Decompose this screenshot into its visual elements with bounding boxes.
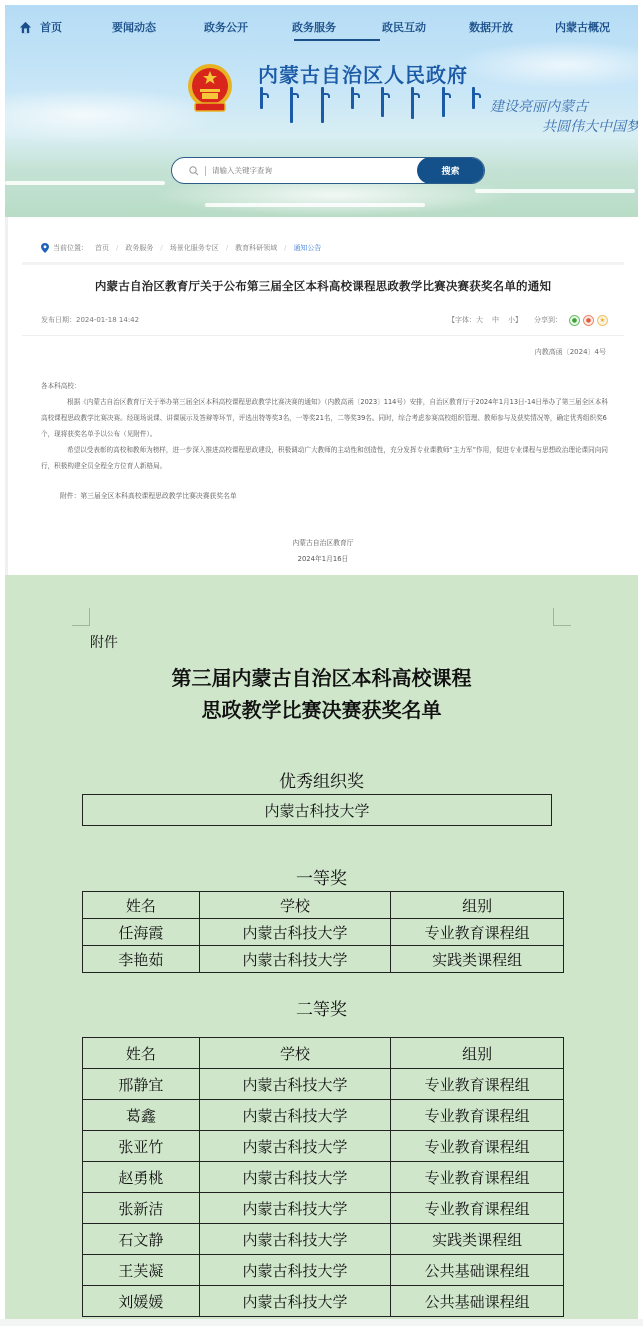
cell-group: 专业教育课程组 (391, 1100, 564, 1131)
national-emblem-icon (187, 63, 233, 115)
table-row: 邢静宜 内蒙古科技大学 专业教育课程组 (83, 1069, 564, 1100)
cell-name: 张新洁 (83, 1193, 200, 1224)
search-divider (205, 166, 206, 176)
mongolian-script-title (260, 87, 475, 125)
cell-school: 内蒙古科技大学 (199, 1255, 391, 1286)
page: 首页 要闻动态 政务公开 政务服务 政民互动 数据开放 内蒙古概况 内蒙古自治区… (0, 0, 643, 1326)
divider (22, 335, 624, 336)
table-row: 张新洁 内蒙古科技大学 专业教育课程组 (83, 1193, 564, 1224)
column-header-school: 学校 (199, 892, 391, 919)
column-header-group: 组别 (391, 892, 564, 919)
font-size-large[interactable]: 大 (476, 315, 483, 325)
page-corner-mark (553, 608, 571, 626)
breadcrumb-home[interactable]: 首页 (95, 243, 109, 253)
weibo-icon[interactable]: ● (583, 315, 594, 326)
cell-group: 实践类课程组 (391, 1224, 564, 1255)
nav-item-services[interactable]: 政务服务 (292, 5, 382, 49)
page-footer-edge (0, 1319, 643, 1326)
cell-name: 任海霞 (83, 919, 200, 946)
table-header-row: 姓名 学校 组别 (83, 1038, 564, 1069)
location-pin-icon (41, 243, 49, 253)
decor-streak (205, 203, 425, 207)
cell-group: 专业教育课程组 (391, 1069, 564, 1100)
first-prize-table: 姓名 学校 组别 任海霞 内蒙古科技大学 专业教育课程组 李艳茹 内蒙古科技大学… (82, 891, 564, 973)
attachment-label: 附件 (90, 632, 118, 652)
first-prize-heading: 一等奖 (5, 864, 638, 889)
article-panel: 当前位置： 首页 / 政务服务 / 场景化服务专区 / 教育科研领域 / 通知公… (5, 217, 638, 575)
signature-date: 2024年1月16日 (8, 551, 638, 567)
column-header-group: 组别 (391, 1038, 564, 1069)
paragraph: 根据《内蒙古自治区教育厅关于举办第三届全区本科高校课程思政教学比赛决赛的通知》（… (41, 394, 608, 442)
nav-item-overview[interactable]: 内蒙古概况 (555, 5, 610, 49)
column-header-name: 姓名 (83, 892, 200, 919)
cell-name: 石文静 (83, 1224, 200, 1255)
cell-group: 专业教育课程组 (391, 1193, 564, 1224)
second-prize-heading: 二等奖 (5, 995, 638, 1020)
attachment-document-image: 附件 第三届内蒙古自治区本科高校课程 思政教学比赛决赛获奖名单 优秀组织奖 内蒙… (5, 575, 638, 1319)
divider (22, 262, 624, 265)
breadcrumb-education[interactable]: 教育科研领域 (235, 243, 277, 253)
breadcrumb-prefix: 当前位置： (53, 243, 88, 253)
font-size-bracket: 】 (515, 315, 522, 325)
main-nav: 首页 要闻动态 政务公开 政务服务 政民互动 数据开放 内蒙古概况 (5, 5, 638, 49)
publish-date: 发布日期：2024-01-18 14:42 (41, 315, 139, 325)
cell-group: 实践类课程组 (391, 946, 564, 973)
signature-org: 内蒙古自治区教育厅 (8, 535, 638, 551)
header-banner: 首页 要闻动态 政务公开 政务服务 政民互动 数据开放 内蒙古概况 内蒙古自治区… (5, 5, 638, 217)
breadcrumb: 当前位置： 首页 / 政务服务 / 场景化服务专区 / 教育科研领域 / 通知公… (41, 243, 328, 253)
cell-name: 刘媛媛 (83, 1286, 200, 1317)
breadcrumb-services[interactable]: 政务服务 (125, 243, 153, 253)
decor-streak (5, 181, 165, 185)
table-row: 赵勇桃 内蒙古科技大学 专业教育课程组 (83, 1162, 564, 1193)
home-icon (19, 21, 32, 34)
article-title: 内蒙古自治区教育厅关于公布第三届全区本科高校课程思政教学比赛决赛获奖名单的通知 (8, 278, 638, 294)
table-header-row: 姓名 学校 组别 (83, 892, 564, 919)
document-title-line-2: 思政教学比赛决赛获奖名单 (5, 694, 638, 726)
search-bar: 搜索 (171, 157, 485, 184)
org-award-heading: 优秀组织奖 (5, 767, 638, 792)
attachment-link[interactable]: 附件：第三届全区本科高校课程思政教学比赛决赛获奖名单 (60, 490, 237, 500)
table-row: 王芙凝 内蒙古科技大学 公共基础课程组 (83, 1255, 564, 1286)
cell-name: 王芙凝 (83, 1255, 200, 1286)
cell-group: 公共基础课程组 (391, 1286, 564, 1317)
org-award-winner: 内蒙古科技大学 (82, 794, 552, 826)
slogan-line-2: 共圆伟大中国梦 (490, 117, 638, 137)
salutation: 各本科高校： (41, 378, 608, 394)
cell-group: 专业教育课程组 (391, 919, 564, 946)
table-row: 石文静 内蒙古科技大学 实践类课程组 (83, 1224, 564, 1255)
document-title: 第三届内蒙古自治区本科高校课程 思政教学比赛决赛获奖名单 (5, 662, 638, 726)
font-size-label: 【字体： (448, 315, 476, 325)
cell-name: 赵勇桃 (83, 1162, 200, 1193)
document-title-line-1: 第三届内蒙古自治区本科高校课程 (5, 662, 638, 694)
signature: 内蒙古自治区教育厅 2024年1月16日 (8, 535, 638, 567)
search-icon (189, 166, 199, 176)
font-size-small[interactable]: 小 (508, 315, 515, 325)
breadcrumb-notices[interactable]: 通知公告 (293, 243, 321, 253)
table-row: 刘媛媛 内蒙古科技大学 公共基础课程组 (83, 1286, 564, 1317)
search-button[interactable]: 搜索 (417, 157, 484, 184)
breadcrumb-separator: / (116, 244, 118, 252)
article-body: 各本科高校： 根据《内蒙古自治区教育厅关于举办第三届全区本科高校课程思政教学比赛… (41, 378, 608, 474)
cell-name: 邢静宜 (83, 1069, 200, 1100)
column-header-school: 学校 (199, 1038, 391, 1069)
nav-item-interaction[interactable]: 政民互动 (382, 5, 469, 49)
share-label: 分享到： (534, 315, 562, 325)
breadcrumb-separator: / (160, 244, 162, 252)
cell-school: 内蒙古科技大学 (199, 1162, 391, 1193)
document-number: 内教高函〔2024〕4号 (535, 347, 606, 357)
column-header-name: 姓名 (83, 1038, 200, 1069)
table-row: 李艳茹 内蒙古科技大学 实践类课程组 (83, 946, 564, 973)
cell-name: 李艳茹 (83, 946, 200, 973)
slogan: 建设亮丽内蒙古 共圆伟大中国梦 (490, 97, 638, 137)
slogan-line-1: 建设亮丽内蒙古 (490, 97, 638, 117)
breadcrumb-scenario-zone[interactable]: 场景化服务专区 (170, 243, 219, 253)
cell-group: 专业教育课程组 (391, 1131, 564, 1162)
page-corner-mark (72, 608, 90, 626)
nav-label: 首页 (40, 19, 62, 35)
cell-school: 内蒙古科技大学 (199, 1100, 391, 1131)
font-size-medium[interactable]: 中 (492, 315, 499, 325)
cell-school: 内蒙古科技大学 (199, 1131, 391, 1162)
cell-school: 内蒙古科技大学 (199, 1193, 391, 1224)
cell-name: 张亚竹 (83, 1131, 200, 1162)
cell-group: 专业教育课程组 (391, 1162, 564, 1193)
cell-school: 内蒙古科技大学 (199, 1069, 391, 1100)
qzone-icon[interactable]: ★ (597, 315, 608, 326)
paragraph: 希望以受表彰的高校和教师为榜样，进一步深入推进高校课程思政建设，积极调动广大教师… (41, 442, 608, 474)
nav-item-open-gov[interactable]: 政务公开 (204, 5, 292, 49)
nav-item-home[interactable]: 首页 (19, 5, 112, 49)
publish-date-value: 2024-01-18 14:42 (76, 316, 139, 324)
cell-school: 内蒙古科技大学 (199, 919, 391, 946)
article-tools: 【字体： 大 中 小 】 分享到： ● ● ★ (448, 315, 608, 326)
cell-group: 公共基础课程组 (391, 1255, 564, 1286)
table-row: 葛鑫 内蒙古科技大学 专业教育课程组 (83, 1100, 564, 1131)
publish-date-label: 发布日期： (41, 316, 76, 324)
table-row: 任海霞 内蒙古科技大学 专业教育课程组 (83, 919, 564, 946)
cell-name: 葛鑫 (83, 1100, 200, 1131)
cell-school: 内蒙古科技大学 (199, 946, 391, 973)
site-title: 内蒙古自治区人民政府 (258, 59, 468, 88)
search-input[interactable] (212, 166, 417, 175)
breadcrumb-separator: / (226, 244, 228, 252)
second-prize-table: 姓名 学校 组别 邢静宜 内蒙古科技大学 专业教育课程组 葛鑫 内蒙古科技大学 … (82, 1037, 564, 1317)
cell-school: 内蒙古科技大学 (199, 1224, 391, 1255)
article-meta: 发布日期：2024-01-18 14:42 【字体： 大 中 小 】 分享到： … (41, 313, 608, 327)
breadcrumb-separator: / (284, 244, 286, 252)
cell-school: 内蒙古科技大学 (199, 1286, 391, 1317)
table-row: 张亚竹 内蒙古科技大学 专业教育课程组 (83, 1131, 564, 1162)
wechat-icon[interactable]: ● (569, 315, 580, 326)
decor-streak (475, 189, 635, 193)
nav-item-open-data[interactable]: 数据开放 (469, 5, 555, 49)
nav-item-news[interactable]: 要闻动态 (112, 5, 204, 49)
